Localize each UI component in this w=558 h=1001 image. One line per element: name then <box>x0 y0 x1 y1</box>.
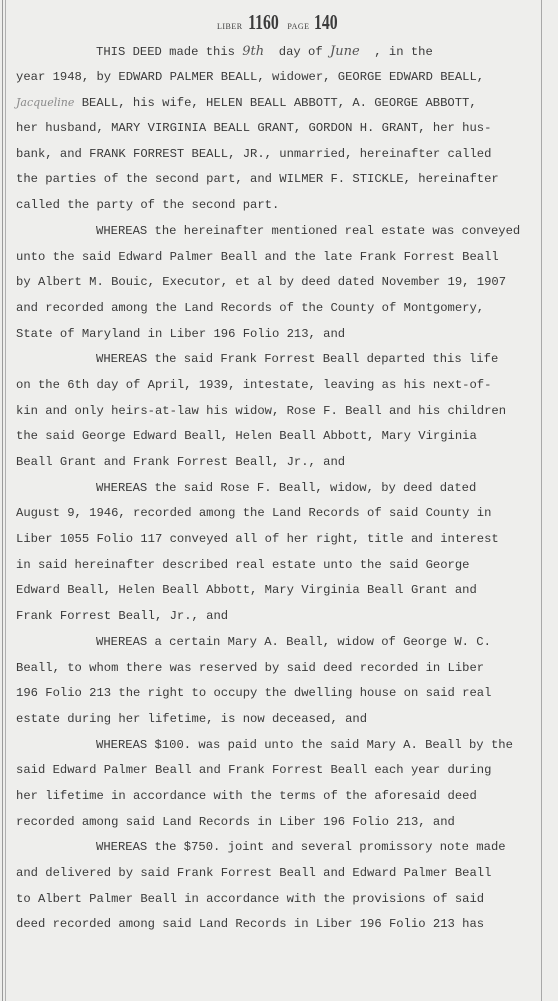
deed-line: bank, and FRANK FORREST BEALL, JR., unma… <box>16 142 558 168</box>
deed-line: WHEREAS a certain Mary A. Beall, widow o… <box>16 630 558 656</box>
liber-page-stamp: LIBER1160 PAGE140 <box>0 10 558 35</box>
deed-line: to Albert Palmer Beall in accordance wit… <box>16 887 558 913</box>
page-border-left-inner <box>5 0 6 1001</box>
deed-line: Jacqueline BEALL, his wife, HELEN BEALL … <box>16 90 558 116</box>
line-text: and recorded among the Land Records of t… <box>16 301 484 315</box>
deed-body: THIS DEED made this 9th day of June , in… <box>16 39 558 938</box>
opening-text: , in the <box>360 45 433 59</box>
line-text: to Albert Palmer Beall in accordance wit… <box>16 892 484 906</box>
deed-line: August 9, 1946, recorded among the Land … <box>16 501 558 527</box>
deed-line: Liber 1055 Folio 117 conveyed all of her… <box>16 527 558 553</box>
opening-text: day of <box>264 45 330 59</box>
line-text: WHEREAS the said Rose F. Beall, widow, b… <box>96 481 476 495</box>
deed-line: recorded among said Land Records in Libe… <box>16 810 558 836</box>
deed-line: on the 6th day of April, 1939, intestate… <box>16 373 558 399</box>
deed-line: her husband, MARY VIRGINIA BEALL GRANT, … <box>16 116 558 142</box>
deed-line: 196 Folio 213 the right to occupy the dw… <box>16 681 558 707</box>
deed-line: her lifetime in accordance with the term… <box>16 784 558 810</box>
opening-text: THIS DEED made this <box>96 45 242 59</box>
line-text: her lifetime in accordance with the term… <box>16 789 477 803</box>
deed-line: THIS DEED made this 9th day of June , in… <box>16 39 558 65</box>
line-text: recorded among said Land Records in Libe… <box>16 815 455 829</box>
deed-line: State of Maryland in Liber 196 Folio 213… <box>16 322 558 348</box>
deed-line: and delivered by said Frank Forrest Beal… <box>16 861 558 887</box>
deed-line: Beall Grant and Frank Forrest Beall, Jr.… <box>16 450 558 476</box>
line-text: Frank Forrest Beall, Jr., and <box>16 609 228 623</box>
line-text: WHEREAS $100. was paid unto the said Mar… <box>96 738 513 752</box>
line-text: Beall, to whom there was reserved by sai… <box>16 661 484 675</box>
deed-line: kin and only heirs-at-law his widow, Ros… <box>16 399 558 425</box>
line-text: unto the said Edward Palmer Beall and th… <box>16 250 499 264</box>
deed-line: year 1948, by EDWARD PALMER BEALL, widow… <box>16 65 558 91</box>
line-text: in said hereinafter described real estat… <box>16 558 469 572</box>
liber-label: LIBER <box>217 22 243 31</box>
line-text: WHEREAS the said Frank Forrest Beall dep… <box>96 352 498 366</box>
line-text: kin and only heirs-at-law his widow, Ros… <box>16 404 506 418</box>
line-text: August 9, 1946, recorded among the Land … <box>16 506 491 520</box>
line-text: on the 6th day of April, 1939, intestate… <box>16 378 491 392</box>
page-number: 140 <box>313 10 337 35</box>
line-text: deed recorded among said Land Records in… <box>16 917 484 931</box>
deed-line: Frank Forrest Beall, Jr., and <box>16 604 558 630</box>
line-text: State of Maryland in Liber 196 Folio 213… <box>16 327 345 341</box>
handwritten-month: June <box>330 44 360 59</box>
line-text: her husband, MARY VIRGINIA BEALL GRANT, … <box>16 121 491 135</box>
line-text: the parties of the second part, and WILM… <box>16 172 499 186</box>
line-text: WHEREAS a certain Mary A. Beall, widow o… <box>96 635 491 649</box>
deed-line: and recorded among the Land Records of t… <box>16 296 558 322</box>
deed-line: Beall, to whom there was reserved by sai… <box>16 656 558 682</box>
line-text: year 1948, by EDWARD PALMER BEALL, widow… <box>16 70 484 84</box>
deed-line: the parties of the second part, and WILM… <box>16 167 558 193</box>
deed-line: WHEREAS the said Frank Forrest Beall dep… <box>16 347 558 373</box>
deed-line: deed recorded among said Land Records in… <box>16 912 558 938</box>
deed-line: by Albert M. Bouic, Executor, et al by d… <box>16 270 558 296</box>
line-text: estate during her lifetime, is now decea… <box>16 712 367 726</box>
line-text: WHEREAS the hereinafter mentioned real e… <box>96 224 520 238</box>
line-text: called the party of the second part. <box>16 198 279 212</box>
line-text: said Edward Palmer Beall and Frank Forre… <box>16 763 491 777</box>
line-text: WHEREAS the $750. joint and several prom… <box>96 840 506 854</box>
deed-line: in said hereinafter described real estat… <box>16 553 558 579</box>
deed-line: estate during her lifetime, is now decea… <box>16 707 558 733</box>
line-text: the said George Edward Beall, Helen Beal… <box>16 429 477 443</box>
deed-line: Edward Beall, Helen Beall Abbott, Mary V… <box>16 578 558 604</box>
page-label: PAGE <box>287 22 309 31</box>
handwritten-day: 9th <box>242 44 264 59</box>
line-text: 196 Folio 213 the right to occupy the dw… <box>16 686 491 700</box>
line-text: Beall Grant and Frank Forrest Beall, Jr.… <box>16 455 345 469</box>
deed-line: WHEREAS the said Rose F. Beall, widow, b… <box>16 476 558 502</box>
line-text: BEALL, his wife, HELEN BEALL ABBOTT, A. … <box>74 96 476 110</box>
deed-line: WHEREAS $100. was paid unto the said Mar… <box>16 733 558 759</box>
line-text: Edward Beall, Helen Beall Abbott, Mary V… <box>16 583 477 597</box>
line-text: by Albert M. Bouic, Executor, et al by d… <box>16 275 506 289</box>
page-border-left <box>2 0 3 1001</box>
line-text: and delivered by said Frank Forrest Beal… <box>16 866 491 880</box>
line-text: bank, and FRANK FORREST BEALL, JR., unma… <box>16 147 491 161</box>
handwritten-name: Jacqueline <box>16 96 74 109</box>
deed-line: WHEREAS the $750. joint and several prom… <box>16 835 558 861</box>
deed-line: WHEREAS the hereinafter mentioned real e… <box>16 219 558 245</box>
deed-line: called the party of the second part. <box>16 193 558 219</box>
deed-line: the said George Edward Beall, Helen Beal… <box>16 424 558 450</box>
liber-number: 1160 <box>248 10 279 35</box>
deed-line: unto the said Edward Palmer Beall and th… <box>16 245 558 271</box>
deed-line: said Edward Palmer Beall and Frank Forre… <box>16 758 558 784</box>
line-text: Liber 1055 Folio 117 conveyed all of her… <box>16 532 499 546</box>
